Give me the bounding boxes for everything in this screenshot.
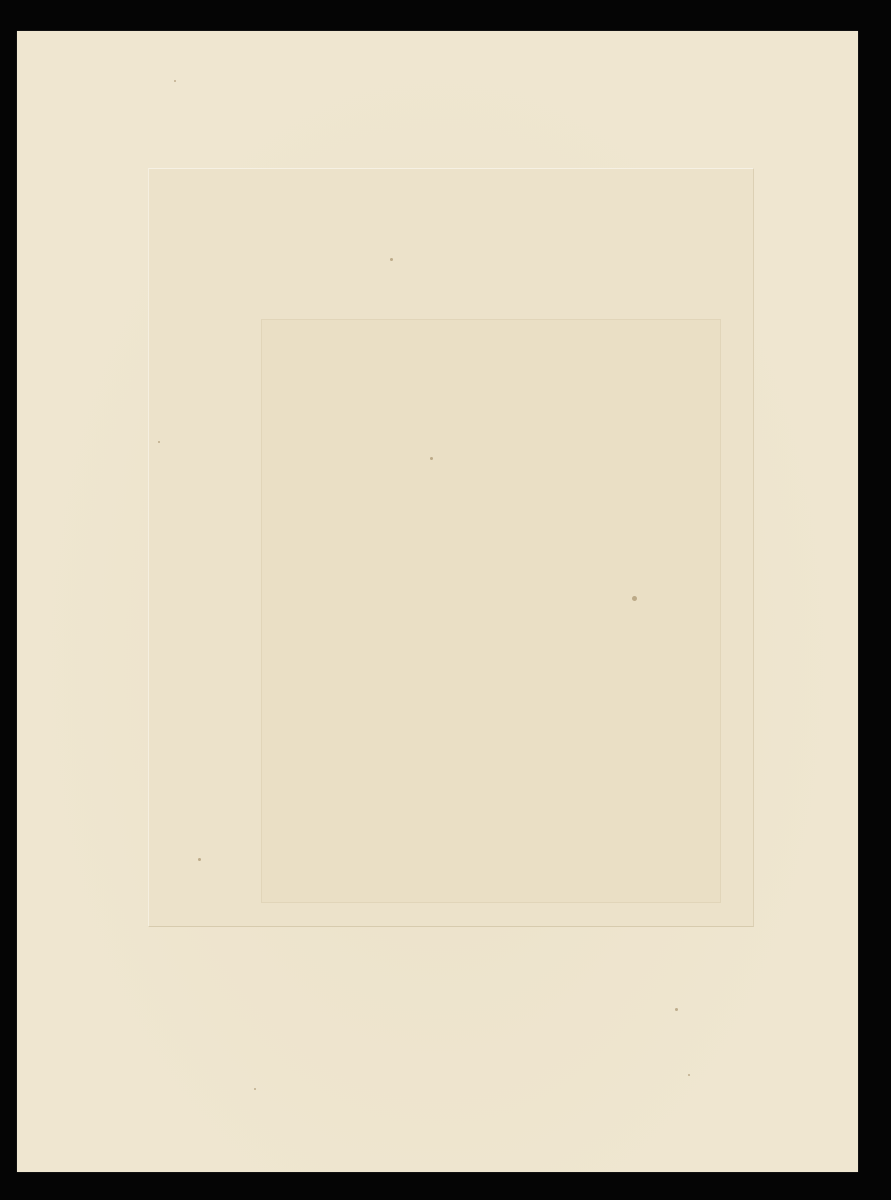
plate-mark xyxy=(148,168,754,927)
foxing-speck xyxy=(632,596,637,601)
foxing-speck xyxy=(688,1074,690,1076)
foxing-speck xyxy=(158,441,160,443)
plate-image-area xyxy=(261,319,721,903)
foxing-speck xyxy=(675,1008,678,1011)
paper-sheet xyxy=(17,31,858,1172)
foxing-speck xyxy=(174,80,176,82)
foxing-speck xyxy=(390,258,393,261)
foxing-speck xyxy=(254,1088,256,1090)
foxing-speck xyxy=(430,457,433,460)
foxing-speck xyxy=(198,858,201,861)
